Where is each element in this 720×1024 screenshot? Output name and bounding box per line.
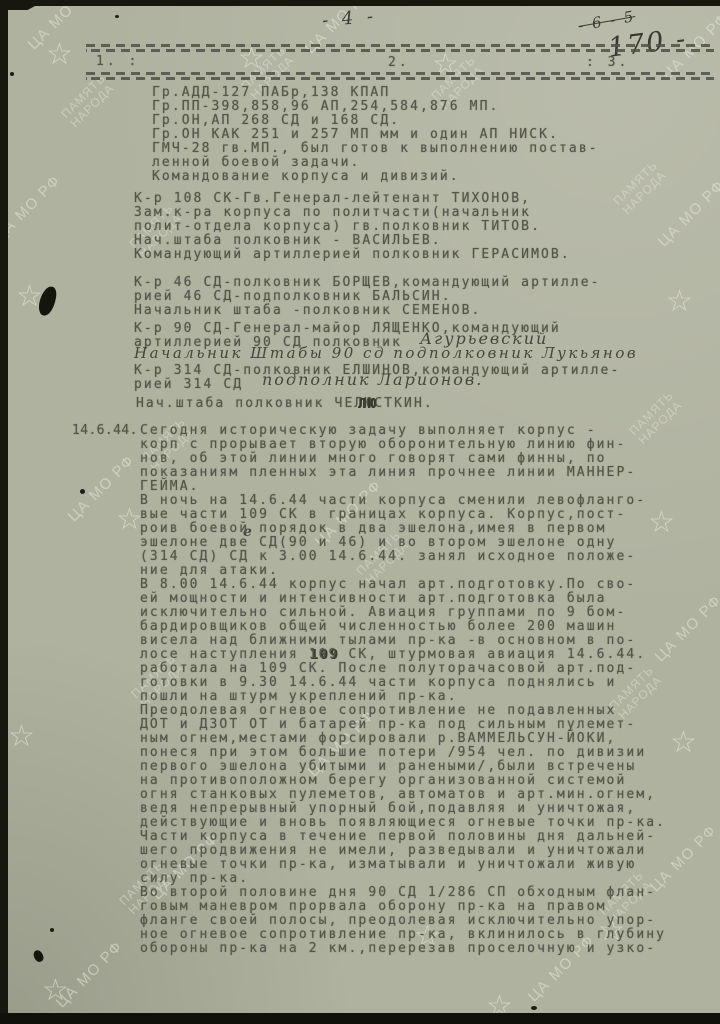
- handwritten-chief-of-staff-90: Начальник Штабы 90 сд подполковник Лукья…: [134, 344, 638, 362]
- column-marker-1: 1. :: [96, 55, 139, 69]
- page-number: - 4 -: [321, 6, 378, 32]
- dash-row: [86, 44, 714, 47]
- column-marker-3: : 3.: [586, 56, 629, 70]
- star-watermark-icon: ☆: [42, 976, 69, 1006]
- dashed-separator-top: [86, 44, 714, 54]
- star-watermark-icon: ☆: [8, 722, 35, 752]
- artillery-groups-block: Гр.АДД-127 ПАБр,138 КПАП Гр.ПП-398,858,9…: [152, 86, 599, 184]
- scan-edge-bottom: [0, 1013, 720, 1024]
- corps-command-block: К-р 108 СК-Гв.Генерал-лейтенант ТИХОНОВ,…: [134, 192, 571, 262]
- memory-watermark: ПАМЯТЬ НАРОДА: [611, 159, 669, 217]
- scan-edge-left: [0, 0, 8, 1024]
- archive-watermark: ЦА МО РФ: [655, 177, 720, 250]
- dash-row: [86, 72, 714, 75]
- ink-speck: [80, 489, 85, 494]
- dash-row: [86, 77, 714, 80]
- overstrike-chelyustkin: ЛЮ: [358, 397, 378, 412]
- star-watermark-icon: ☆: [116, 505, 143, 535]
- ink-blob: [37, 285, 59, 318]
- chief-of-staff-line: Нач.штаба полковник ЧЕЛЮСТКИН.: [136, 397, 434, 411]
- entry-body: Сегодня историческую задачу выполняет ко…: [140, 424, 666, 956]
- entry-date: 14.6.44.: [72, 424, 138, 438]
- archive-watermark: ЦА МО РФ: [53, 938, 126, 1011]
- column-marker-2: 2.: [388, 56, 410, 70]
- star-watermark-icon: ☆: [666, 287, 693, 317]
- dash-row: [86, 49, 714, 52]
- star-watermark-icon: ☆: [46, 40, 73, 70]
- archive-watermark: ЦА МО РФ: [0, 172, 64, 245]
- dashed-separator-bottom: [86, 72, 714, 82]
- ink-speck: [50, 928, 54, 932]
- division-46-command-block: К-р 46 СД-полковник БОРЩЕВ,командующий а…: [134, 276, 601, 318]
- handwritten-artillery-commander-314: подполник Ларионов.: [262, 370, 483, 389]
- ink-speck: [531, 1006, 537, 1010]
- ink-blob: [32, 949, 45, 963]
- ink-speck: [115, 15, 119, 18]
- scan-edge-top: [0, 0, 720, 6]
- star-watermark-icon: ☆: [670, 728, 697, 758]
- scanned-document-page: ЦА МО РФ ЦА МО РФ ЦА МО РФ ЦА МО РФ ЦА М…: [0, 0, 720, 1024]
- ink-speck: [10, 72, 14, 76]
- archive-watermark: ЦА МО РФ: [65, 452, 138, 525]
